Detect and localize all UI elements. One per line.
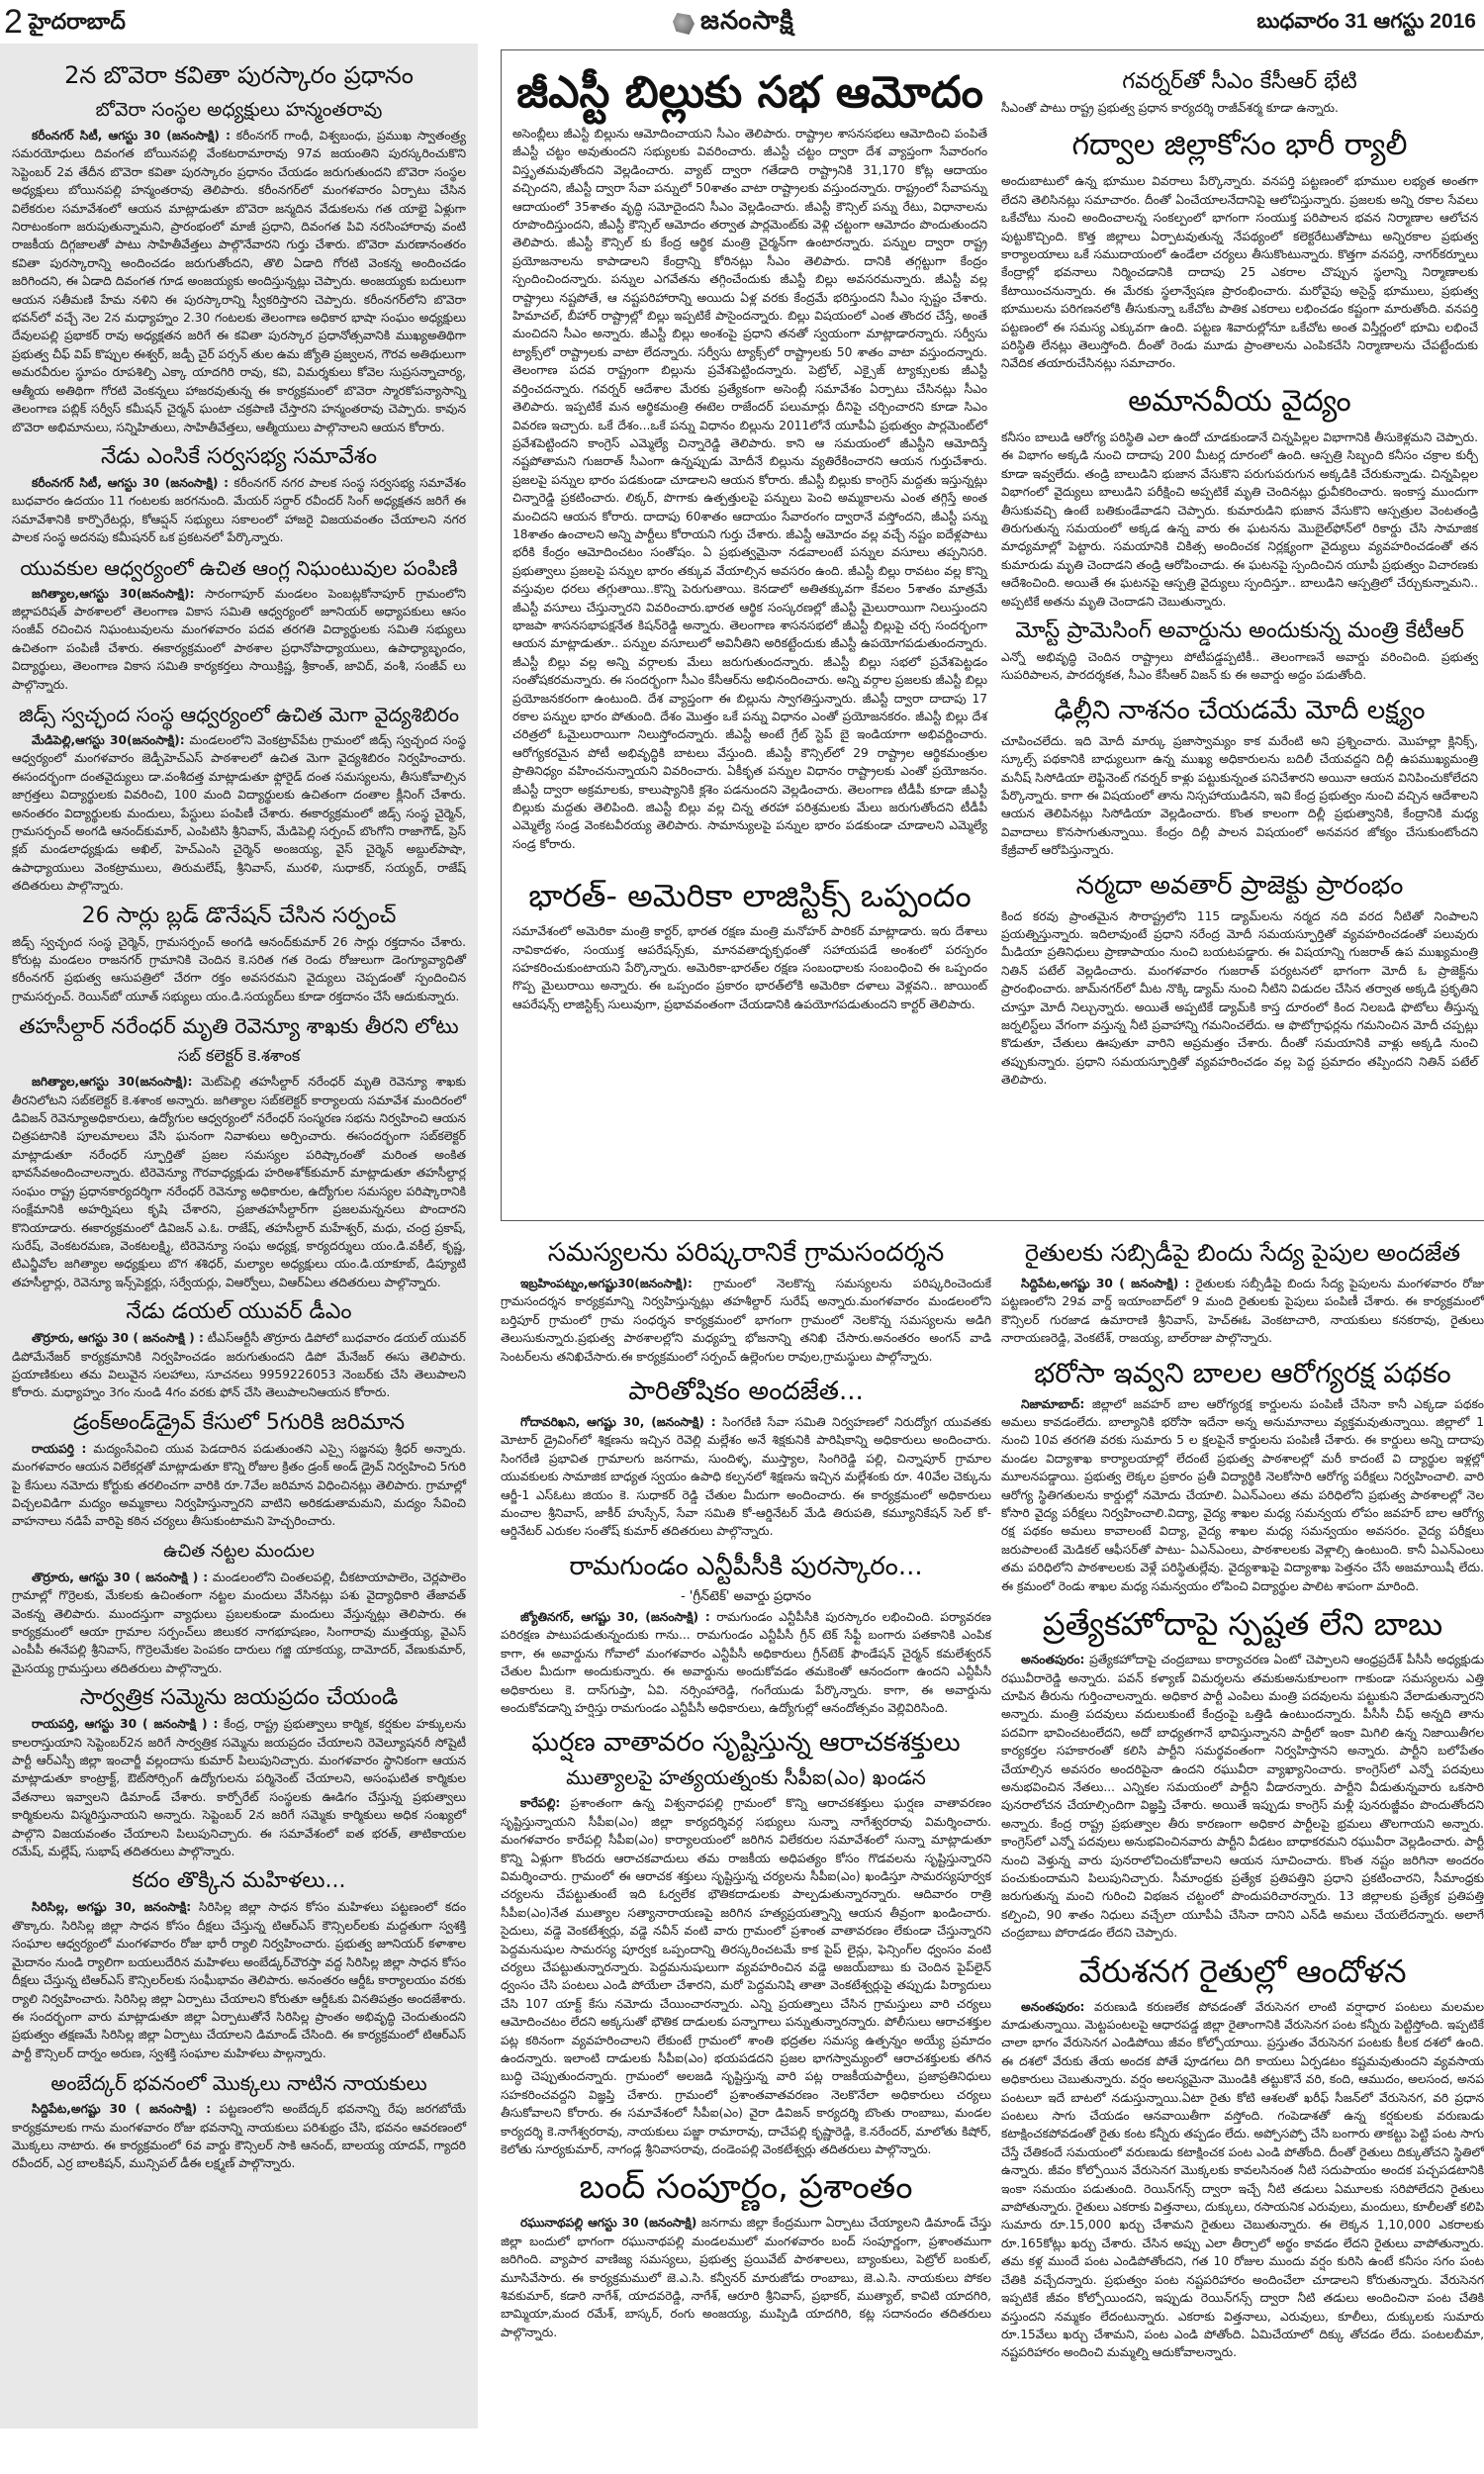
headline: తహసీల్దార్ నరేంధర్ మృతి రెవెన్యూ శాఖకు త…: [12, 1011, 466, 1041]
headline: 26 సార్లు బ్లడ్ డొనేషన్ చేసిన సర్పంచ్: [12, 902, 466, 931]
article-delhi-modi: ఢిల్లీని నాశనం చేయడమే మోదీ లక్ష్యం చూపిం…: [1001, 693, 1478, 860]
article-medical-camp: జిడ్స్ స్వచ్ఛంద సంస్థ ఆధ్వర్యంలో ఉచిత మె…: [12, 700, 466, 896]
headline: నేడు డయల్ యువర్ డీఎం: [12, 1297, 466, 1327]
article-ntpc-award: రామగుండం ఎన్టీపీసీకి పురస్కారం... - 'గ్ర…: [501, 1549, 991, 1717]
headline: గవర్నర్‌తో సీఎం కేసీఆర్ భేటి: [1001, 67, 1478, 97]
dateline: సిద్దిపేట,అగష్టు 30 ( జనంసాక్షి) :: [32, 2102, 211, 2116]
article-body: కారేపల్లి: ప్రశాంతంగా ఉన్న విశ్వనాధపల్లి…: [501, 1794, 991, 2158]
article-body: సమావేశంలో అమెరికా మంత్రి కార్టర్, భారత ర…: [512, 922, 987, 1013]
dateline: అనంతపురం:: [1021, 1653, 1084, 1666]
dateline: రాయపర్తి :: [32, 1442, 86, 1456]
dateline: రఘునాథపల్లి ఆగస్టు 30 (జనంసాక్షి): [520, 2216, 696, 2230]
article-drunk-drive: డ్రంక్‌అండ్‌డ్రైవ్ కేసులో 5గురికి జరిమాన…: [12, 1408, 466, 1531]
masthead: 2హైదరాబాద్ జనంసాక్షి బుధవారం 31 ఆగస్టు 2…: [0, 0, 1484, 44]
page-number-label: 2హైదరాబాద్: [4, 4, 126, 42]
article-ktr-award: మోస్ట్ ప్రామెసింగ్ అవార్డును అందుకున్న మ…: [1001, 617, 1478, 685]
article-body: రాయపర్తి : మద్యంసేవించి యువ పెడదారిన పడు…: [12, 1440, 466, 1531]
article-body: తొర్రూరు, ఆగస్టు 30 ( జనంసాక్షి ) : టీఎస…: [12, 1329, 466, 1402]
headline: అమానవీయ వైద్యం: [1001, 379, 1478, 425]
article-dial-your-dm: నేడు డయల్ యువర్ డీఎం తొర్రూరు, ఆగస్టు 30…: [12, 1297, 466, 1402]
article-body: రాయపర్తి, ఆగస్టు 30 ( జనంసాక్షి ) : కేంద…: [12, 1715, 466, 1860]
headline: పారితోషికం అందజేత...: [501, 1374, 991, 1409]
headline: యువకుల ఆధ్వర్యంలో ఉచిత ఆంగ్ల నిఘంటువుల ప…: [12, 553, 466, 583]
article-tahsildar-tribute: తహసీల్దార్ నరేంధర్ మృతి రెవెన్యూ శాఖకు త…: [12, 1011, 466, 1291]
page-number: 2: [4, 3, 23, 41]
right-lower-column: రైతులకు సబ్సిడీపై బిందు సేద్య పైపుల అందజ…: [1001, 1227, 1484, 2364]
dateline: అనంతపురం:: [1021, 2000, 1084, 2014]
center-lower-column: సమస్యలను పరిష్కరానికే గ్రామసందర్శన ఇబ్రహ…: [501, 1227, 991, 2343]
headline: కదం తొక్కిన మహిళలు...: [12, 1866, 466, 1896]
edition-city: హైదరాబాద్: [29, 9, 126, 34]
headline: ఢిల్లీని నాశనం చేయడమే మోదీ లక్ష్యం: [1001, 693, 1478, 728]
newspaper-logo: జనంసాక్షి: [673, 6, 794, 42]
headline: మోస్ట్ ప్రామెసింగ్ అవార్డును అందుకున్న మ…: [1001, 617, 1478, 646]
article-body: అందుబాటులో ఉన్న భూముల వివరాలు పేర్కొన్నా…: [1001, 172, 1478, 372]
dateline: కరీంనగర్ సిటీ, ఆగస్టు 30 (జనంసాక్షి) :: [32, 129, 231, 143]
headline: ప్రత్యేకహోదాపై స్పష్టత లేని బాబు: [1001, 1601, 1484, 1647]
center-featured-column: జీఎస్టీ బిల్లుకు సభ ఆమోదం అసెంబ్లీలు జీఎ…: [512, 61, 987, 1015]
article-deworming: ఉచిత నట్టల మందుల తొర్రూరు, ఆగస్టు 30 ( జ…: [12, 1537, 466, 1677]
article-anarchist-forces: ఘర్షణ వాతావరం సృష్టిస్తున్న ఆరాచకశక్తులు…: [501, 1725, 991, 2158]
headline: ఘర్షణ వాతావరం సృష్టిస్తున్న ఆరాచకశక్తులు: [501, 1725, 991, 1760]
headline: వేరుశనగ రైతుల్లో ఆందోళన: [1001, 1949, 1484, 1994]
headline: డ్రంక్‌అండ్‌డ్రైవ్ కేసులో 5గురికి జరిమాన: [12, 1408, 466, 1438]
dateline: ఇబ్రహింపట్నం,అగష్టు30(జనంసాక్షి):: [520, 1277, 693, 1290]
dateline: తొర్రూరు, ఆగస్టు 30 ( జనంసాక్షి ) :: [32, 1331, 204, 1345]
right-featured-column: గవర్నర్‌తో సీఎం కేసీఆర్ భేటి సీఎంతో పాటు…: [1001, 61, 1478, 1092]
article-india-us-logistics: భారత్- అమెరికా లాజిస్టిక్స్ ఒప్పందం సమావ…: [512, 873, 987, 1013]
article-body: గోదావరిఖని, ఆగష్టు 30, (జనంసాక్షి) : సిం…: [501, 1413, 991, 1541]
article-dictionary-distribution: యువకుల ఆధ్వర్యంలో ఉచిత ఆంగ్ల నిఘంటువుల ప…: [12, 553, 466, 694]
article-child-health-scheme: భరోసా ఇవ్వని బాలల ఆరోగ్యరక్ష పథకం నిజామా…: [1001, 1356, 1484, 1595]
logo-text: జనంసాక్షి: [700, 6, 794, 42]
article-body: ఇబ్రహింపట్నం,అగష్టు30(జనంసాక్షి): గ్రామం…: [501, 1275, 991, 1366]
lead-headline: జీఎస్టీ బిల్లుకు సభ ఆమోదం: [512, 65, 987, 121]
dateline: కారేపల్లి:: [520, 1796, 560, 1810]
article-body: ఎన్నో అభివృద్ధి చెందిన రాష్ట్రాలు పోటీపడ…: [1001, 648, 1478, 685]
headline: సమస్యలను పరిష్కరానికే గ్రామసందర్శన: [501, 1235, 991, 1271]
dateline: జగిత్యాల,ఆగస్టు 30(జనంసాక్షి):: [32, 1075, 193, 1089]
article-general-strike: సార్వత్రిక సమ్మెను జయప్రదం చేయండి రాయపర్…: [12, 1683, 466, 1860]
subheadline: బోవెరా సంస్థల అధ్యక్షులు హన్మంతరావు: [12, 97, 466, 123]
headline: రామగుండం ఎన్టీపీసీకి పురస్కారం...: [501, 1549, 991, 1584]
dateline: సిరిసిల్ల, అగష్టు 30, జనంసాక్షి:: [32, 1900, 191, 1914]
article-mck-meeting: నేడు ఎంసికే సర్వసభ్య సమావేశం కరీంనగర్ సి…: [12, 442, 466, 547]
dateline: కరీంనగర్ సిటీ, ఆగస్టు 30 (జనంసాక్షి) :: [32, 476, 229, 490]
article-ambedkar-bhavan: అంబేద్కర్ భవనంలో మొక్కలు నాటిన నాయకులు స…: [12, 2068, 466, 2173]
article-body: సిద్దిపేట,అగష్టు 30 ( జనంసాక్షి) : పట్టణ…: [12, 2100, 466, 2173]
article-body: నిజామాబాద్: జిల్లాలో జవహర్ బాల ఆరోగ్యరక్…: [1001, 1395, 1484, 1595]
tagline: - 'గ్రీన్‌టెక్' అవార్డు ప్రధానం: [501, 1588, 991, 1606]
headline: అంబేద్కర్ భవనంలో మొక్కలు నాటిన నాయకులు: [12, 2068, 466, 2098]
article-body: జగిత్యాల,ఆగస్టు 30(జనంసాక్షి): మెట్‌పెల్…: [12, 1073, 466, 1291]
article-body: సిరిసిల్ల, అగష్టు 30, జనంసాక్షి: సిరిసిల…: [12, 1898, 466, 2062]
article-narmada-project: నర్మదా అవతార్ ప్రాజెక్టు ప్రారంభం కింద క…: [1001, 868, 1478, 1090]
dateline: రాయపర్తి, ఆగస్టు 30 ( జనంసాక్షి ) :: [32, 1717, 218, 1731]
headline: బంద్ సంపూర్ణం, ప్రశాంతం: [501, 2164, 991, 2210]
headline: భరోసా ఇవ్వని బాలల ఆరోగ్యరక్ష పథకం: [1001, 1356, 1484, 1391]
headline: సార్వత్రిక సమ్మెను జయప్రదం చేయండి: [12, 1683, 466, 1713]
article-body: అనంతపురం: వరుణుడి కరుణలేక పోవడంతో వేరుసె…: [1001, 1998, 1484, 2362]
article-body: జ్యోతినగర్, ఆగష్టు 30, (జనంసాక్షి) : రామ…: [501, 1608, 991, 1717]
dateline: జగిత్యాల,ఆగస్టు 30(జనంసాక్షి):: [32, 587, 194, 601]
headline: నేడు ఎంసికే సర్వసభ్య సమావేశం: [12, 442, 466, 472]
article-gst-bill: జీఎస్టీ బిల్లుకు సభ ఆమోదం అసెంబ్లీలు జీఎ…: [512, 65, 987, 853]
dateline: మేడిపెల్లి,ఆగస్టు 30(జనంసాక్షి):: [32, 733, 185, 747]
headline: భారత్- అమెరికా లాజిస్టిక్స్ ఒప్పందం: [512, 873, 987, 918]
article-body: రఘునాథపల్లి ఆగస్టు 30 (జనంసాక్షి) జనగామ …: [501, 2214, 991, 2341]
headline: 2న బొవెరా కవితా పురస్కారం ప్రధానం: [12, 57, 466, 93]
article-bandh: బంద్ సంపూర్ణం, ప్రశాంతం రఘునాథపల్లి ఆగస్…: [501, 2164, 991, 2341]
article-women-rally: కదం తొక్కిన మహిళలు... సిరిసిల్ల, అగష్టు …: [12, 1866, 466, 2062]
headline: ఉచిత నట్టల మందుల: [12, 1537, 466, 1567]
article-body: తొర్రూరు, ఆగస్టు 30 ( జనంసాక్షి ) : మండల…: [12, 1569, 466, 1677]
article-body: అనంతపురం: ప్రత్యేకహోదాపై చంద్రబాబు కార్య…: [1001, 1651, 1484, 1943]
article-body: చూపించలేదు. ఇది మోదీ మార్కు ప్రజాస్వామ్య…: [1001, 732, 1478, 860]
headline: జిడ్స్ స్వచ్ఛంద సంస్థ ఆధ్వర్యంలో ఉచిత మె…: [12, 700, 466, 729]
issue-date: బుధవారం 31 ఆగస్టు 2016: [1256, 10, 1476, 39]
article-inhuman-treatment: అమానవీయ వైద్యం కనీసం బాలుడి ఆరోగ్య పరిస్…: [1001, 379, 1478, 611]
headline: రైతులకు సబ్సిడీపై బిందు సేద్య పైపుల అందజ…: [1001, 1235, 1484, 1271]
dateline: నిజామాబాద్:: [1021, 1397, 1084, 1411]
article-body: కరీంనగర్ సిటీ, ఆగస్టు 30 (జనంసాక్షి) : క…: [12, 474, 466, 547]
article-body: సీఎంతో పాటు రాష్ట్ర ప్రభుత్వ ప్రధాన కార్…: [1001, 99, 1478, 117]
article-groundnut-farmers: వేరుశనగ రైతుల్లో ఆందోళన అనంతపురం: వరుణుడ…: [1001, 1949, 1484, 2362]
article-drip-pipes: రైతులకు సబ్సిడీపై బిందు సేద్య పైపుల అందజ…: [1001, 1235, 1484, 1348]
headline: గద్వాల జిల్లాకోసం భారీ ర్యాలీ: [1001, 123, 1478, 168]
dateline: జ్యోతినగర్, ఆగష్టు 30, (జనంసాక్షి) :: [520, 1610, 710, 1624]
article-body: కనీసం బాలుడి ఆరోగ్య పరిస్థితి ఎలా ఉందో చ…: [1001, 428, 1478, 611]
article-blood-donation: 26 సార్లు బ్లడ్ డొనేషన్ చేసిన సర్పంచ్ జి…: [12, 902, 466, 1006]
article-body: జిడ్స్ స్వచ్ఛంద సంస్థ చైర్మెన్, గ్రామసర్…: [12, 933, 466, 1006]
article-body: మేడిపెల్లి,ఆగస్టు 30(జనంసాక్షి): మండలంలో…: [12, 731, 466, 896]
article-special-status: ప్రత్యేకహోదాపై స్పష్టత లేని బాబు అనంతపుర…: [1001, 1601, 1484, 1943]
dateline: తొర్రూరు, ఆగస్టు 30 ( జనంసాక్షి ) :: [32, 1570, 208, 1584]
headline: నర్మదా అవతార్ ప్రాజెక్టు ప్రారంభం: [1001, 868, 1478, 904]
article-body: కింద కరవు ప్రాంతమైన సౌరాష్ట్రలోని 115 డ్…: [1001, 907, 1478, 1090]
article-governor-kcr: గవర్నర్‌తో సీఎం కేసీఆర్ భేటి సీఎంతో పాటు…: [1001, 67, 1478, 117]
subheadline: సబ్ కలెక్టర్ కె.శశాంక: [12, 1043, 466, 1069]
article-body: కరీంనగర్ సిటీ, ఆగస్టు 30 (జనంసాక్షి) : క…: [12, 127, 466, 436]
telangana-map-icon: [673, 13, 695, 35]
article-village-visit: సమస్యలను పరిష్కరానికే గ్రామసందర్శన ఇబ్రహ…: [501, 1235, 991, 1366]
dateline: సిద్దిపేట,అగష్టు 30 ( జనంసాక్షి) :: [1021, 1277, 1189, 1290]
article-honorarium: పారితోషికం అందజేత... గోదావరిఖని, ఆగష్టు …: [501, 1374, 991, 1541]
article-body: సిద్దిపేట,అగష్టు 30 ( జనంసాక్షి) : రైతుల…: [1001, 1275, 1484, 1348]
left-news-column: 2న బొవెరా కవితా పురస్కారం ప్రధానం బోవెరా…: [0, 44, 478, 2428]
subheadline: ముత్యాలపై హత్యయత్నంకు సీపీఐ(ఎం) ఖండన: [501, 1764, 991, 1790]
article-bovera-award: 2న బొవెరా కవితా పురస్కారం ప్రధానం బోవెరా…: [12, 57, 466, 436]
article-body: అసెంబ్లీలు జీఎస్టీ బిల్లును ఆమోదించాయని …: [512, 125, 987, 853]
dateline: గోదావరిఖని, ఆగష్టు 30, (జనంసాక్షి) :: [520, 1415, 716, 1429]
article-gadwal-rally: గద్వాల జిల్లాకోసం భారీ ర్యాలీ అందుబాటులో…: [1001, 123, 1478, 372]
article-body: జగిత్యాల,ఆగస్టు 30(జనంసాక్షి): సారంగాపూర…: [12, 585, 466, 694]
